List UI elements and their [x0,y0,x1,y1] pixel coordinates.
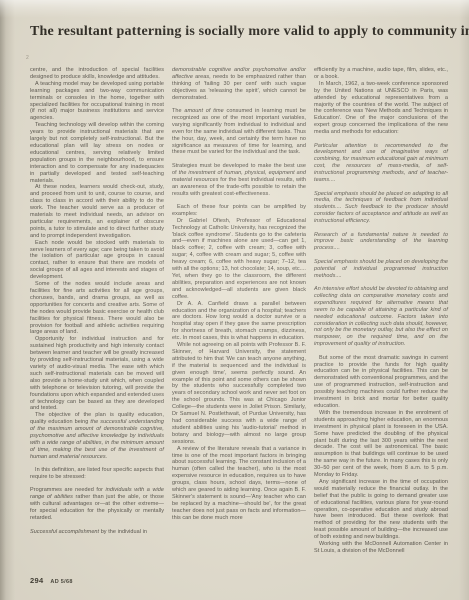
paragraph: Research of a fundamental nature is need… [314,232,448,253]
margin-note: 2 [26,55,29,61]
issue-code: AD 5/68 [50,579,72,585]
paragraph: Some of the nodes would include areas an… [30,281,164,336]
paragraph: Each node would be stocked with material… [30,240,164,281]
paragraph: A review of the literature reveals that … [172,446,306,522]
paragraph: With the tremendous increase in the enro… [314,410,448,479]
paragraph: In this definition, are listed four spec… [30,467,164,481]
paragraph: Dr A. A. Canfield draws a parallel betwe… [172,301,306,342]
paragraph: Successful accomplishment by the individ… [30,529,164,536]
paragraph: A teaching model may be developed using … [30,81,164,122]
paragraph: In March, 1962, a two-week conference sp… [314,81,448,136]
page-footer: 294 AD 5/68 [30,576,73,585]
page-number: 294 [30,576,43,585]
paragraph: But some of the most dramatic savings in… [314,355,448,410]
text-columns: centre, and the introduction of special … [30,67,448,555]
paragraph: The amount of time consumed in learning … [172,108,306,156]
paragraph: Each of these four points can be amplifi… [172,204,306,218]
paragraph: The objective of the plan is quality edu… [30,412,164,460]
text-column-right: efficiently by a machine, audio tape, fi… [314,67,448,555]
paragraph: At these nodes, learners would check-out… [30,184,164,239]
headline: The resultant patterning is socially mor… [30,24,469,40]
paragraph: Working with the McDonnell Automation Ce… [314,541,448,555]
paragraph: Opportunity for individual instruction a… [30,336,164,412]
paragraph: Particular attention is recommended to t… [314,143,448,184]
paragraph: An intensive effort should be devoted to… [314,286,448,348]
paragraph: While not agreeing on all points with Pr… [172,342,306,446]
paragraph: Any significant increase in the time of … [314,479,448,541]
text-column-middle: demonstrable cognitive and/or psychomoti… [172,67,306,555]
paragraph: Programmes are needed for individuals wi… [30,487,164,522]
paragraph: Dr Gabriel Ofiesh, Professor of Educatio… [172,218,306,301]
paragraph: Teaching technology will develop within … [30,122,164,184]
paragraph: demonstrable cognitive and/or psychomoti… [172,67,306,102]
paragraph: Strategies must be developed to make the… [172,163,306,198]
text-column-left: centre, and the introduction of special … [30,67,164,555]
paragraph: Special emphasis should be placed on ada… [314,191,448,226]
paragraph: efficiently by a machine, audio tape, fi… [314,67,448,81]
paragraph: centre, and the introduction of special … [30,67,164,81]
magazine-page: The resultant patterning is socially mor… [0,0,469,600]
paragraph: Special emphasis should be placed on dev… [314,259,448,280]
